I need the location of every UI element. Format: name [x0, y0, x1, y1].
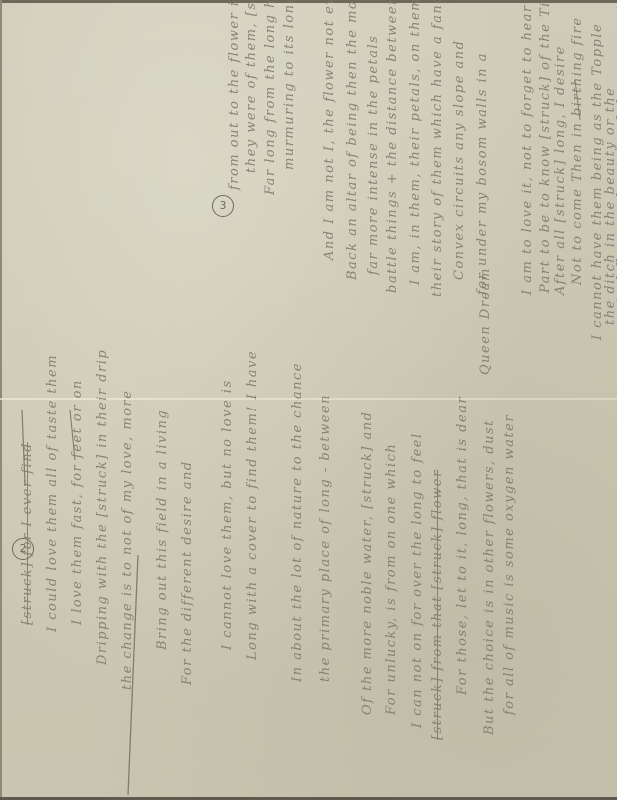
manuscript-sheet: 3 from out to the flower in a bright red…: [0, 0, 617, 800]
strike-through-line: [0, 0, 617, 800]
